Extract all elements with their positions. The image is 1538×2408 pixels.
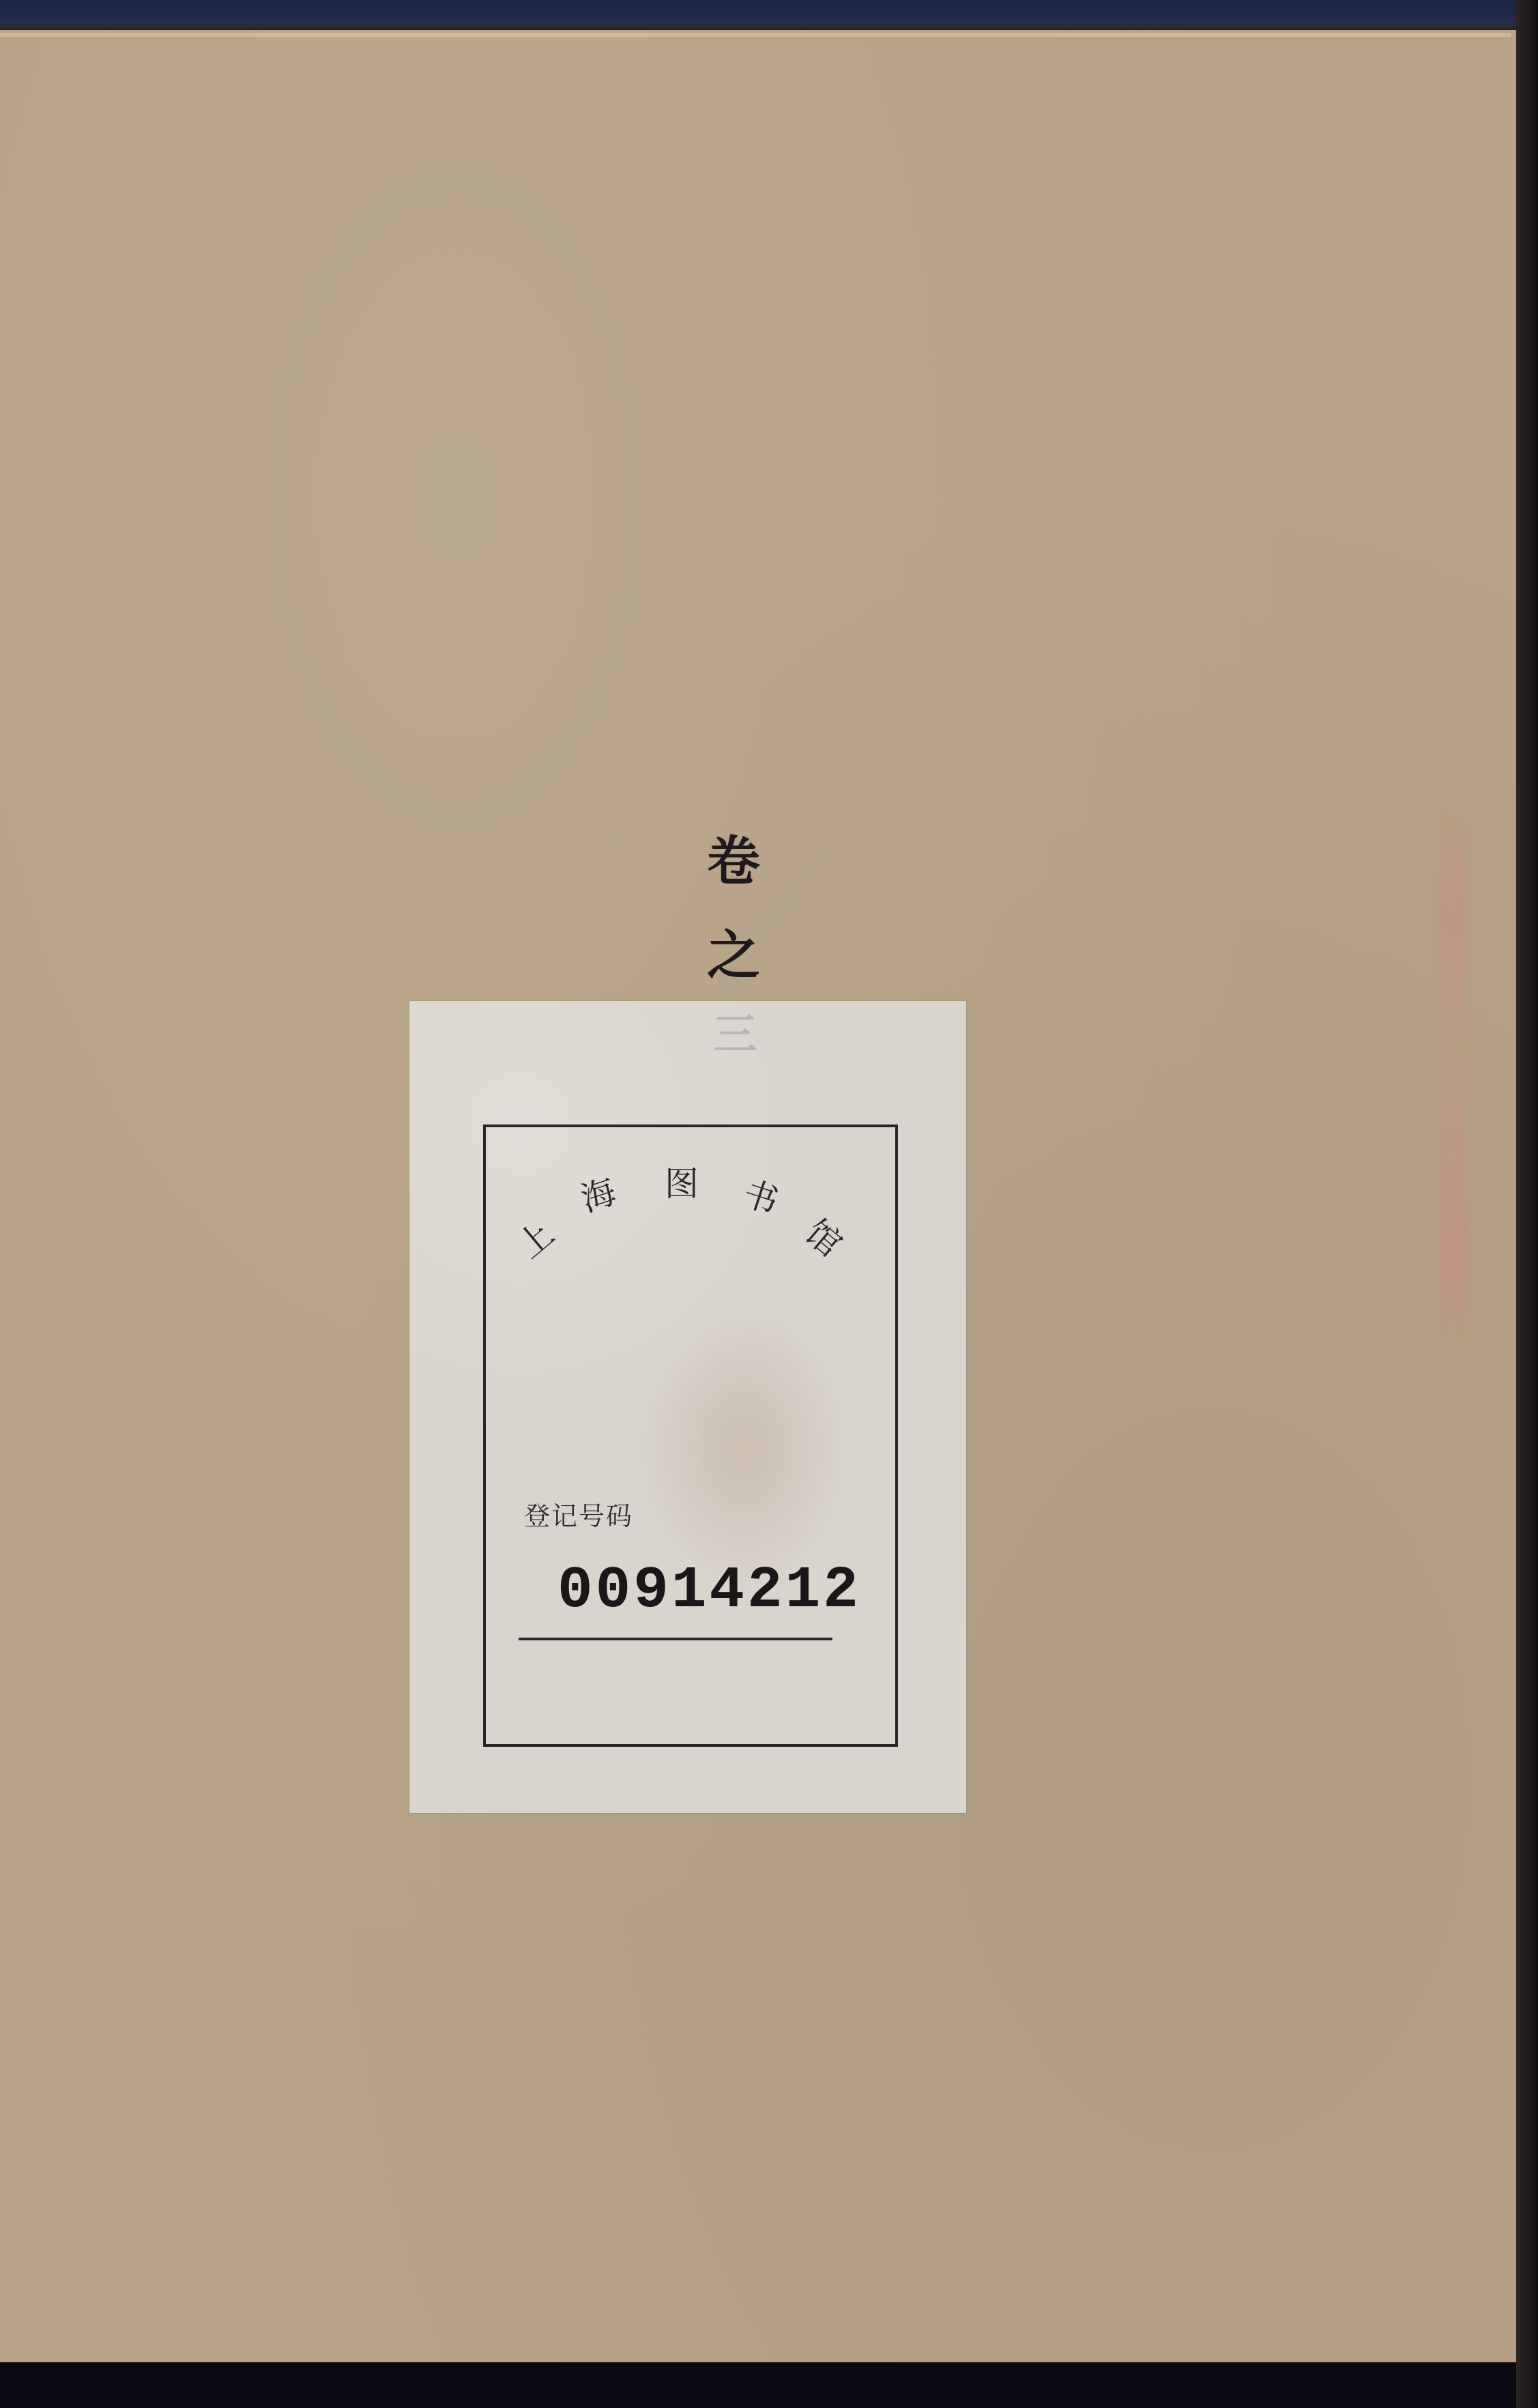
underline <box>519 1638 832 1640</box>
faded-red-marks <box>1440 801 1467 1347</box>
library-name-char: 书 <box>739 1176 782 1219</box>
title-char-juan: 卷 <box>707 835 760 888</box>
library-registration-label: 上 海 图 书 馆 登记号码 00914212 三 <box>409 1001 966 1813</box>
showthrough-char: 三 <box>710 1021 761 1049</box>
library-name-char: 上 <box>512 1216 560 1264</box>
scan-background-top <box>0 0 1538 27</box>
library-name-char: 海 <box>577 1174 620 1217</box>
label-frame: 上 海 图 书 馆 登记号码 00914212 <box>483 1125 898 1747</box>
registration-number: 00914212 <box>557 1557 861 1624</box>
registration-label: 登记号码 <box>524 1495 633 1533</box>
scan-background-right <box>1516 0 1538 2408</box>
title-char-zhi: 之 <box>707 929 760 983</box>
volume-title: 卷 之 <box>706 835 761 1024</box>
library-name-char: 馆 <box>800 1215 847 1262</box>
page-edge <box>0 33 1511 37</box>
library-name-char: 图 <box>665 1167 699 1201</box>
